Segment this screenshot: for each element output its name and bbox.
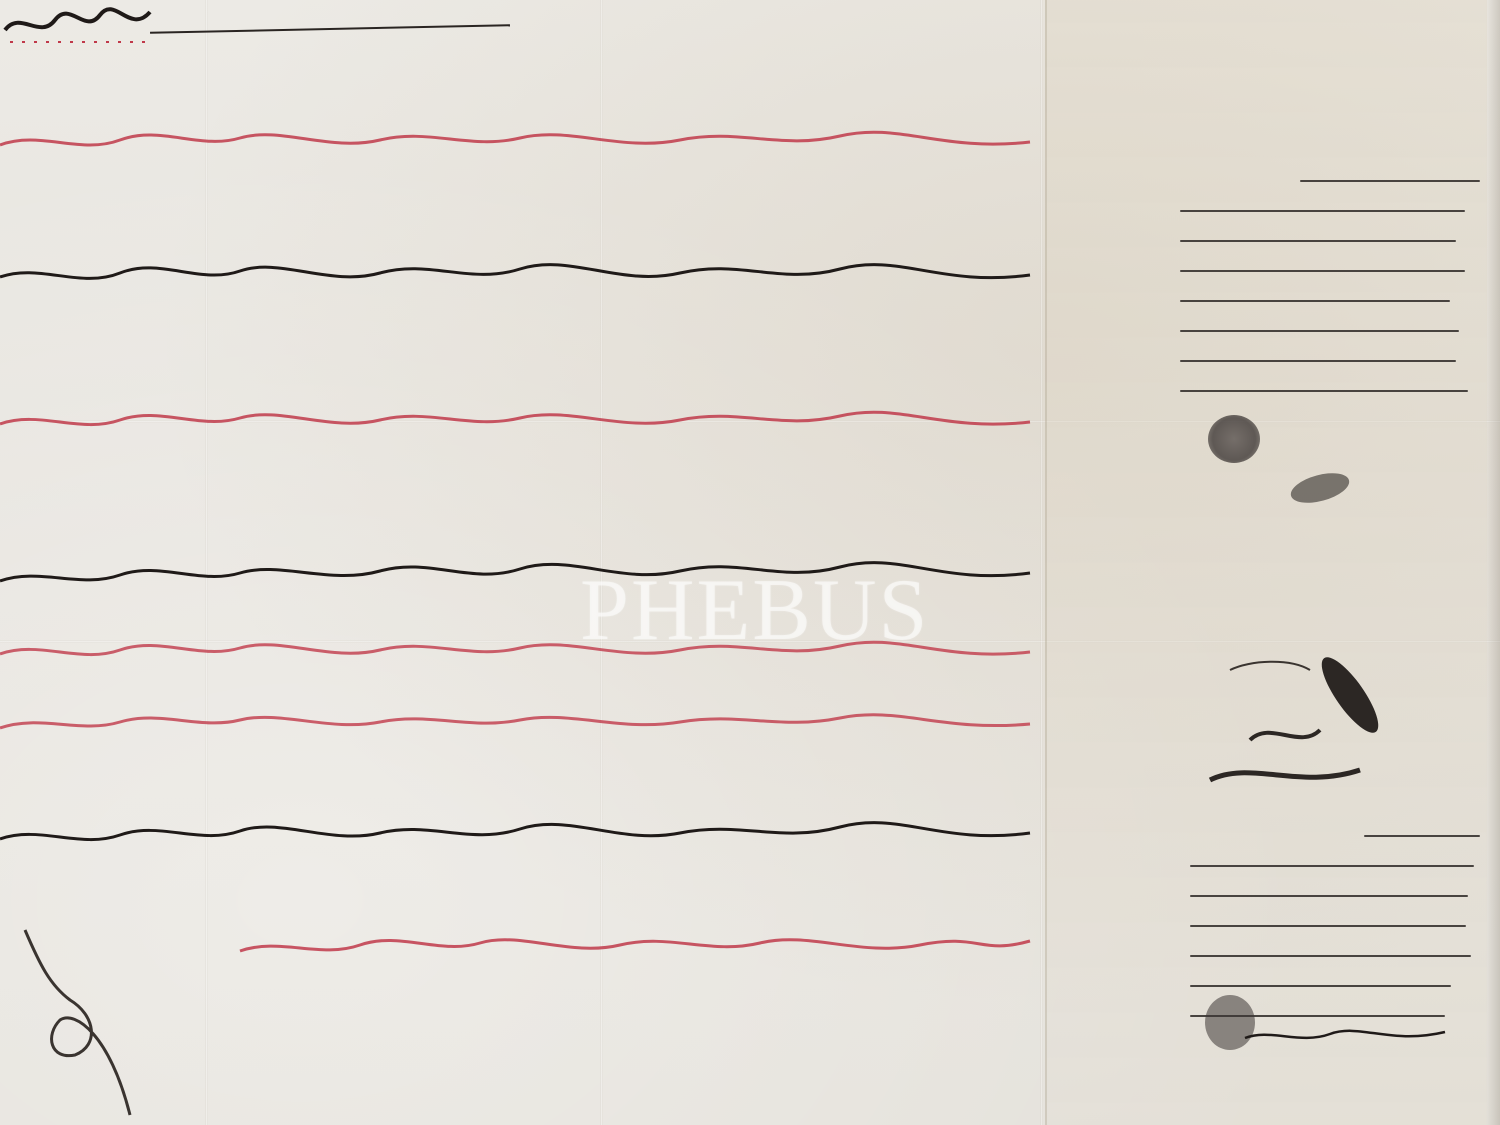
paper-edge	[1486, 0, 1500, 1125]
text-line-black	[0, 815, 1040, 855]
text-line-red	[0, 925, 1040, 965]
fold-line	[1040, 0, 1043, 1125]
watermark: PHEBUS	[580, 560, 929, 661]
manuscript-page: PHEBUS	[0, 0, 1500, 1125]
text-line-red	[0, 120, 1040, 160]
annotation-upper	[1180, 180, 1480, 420]
signature-seal	[1190, 640, 1430, 820]
header-calligraphy	[0, 0, 155, 48]
text-line-red	[0, 700, 1040, 740]
ruled-line	[150, 24, 510, 34]
text-line-red	[0, 400, 1040, 440]
date-line	[1240, 1020, 1450, 1050]
round-seal	[1208, 415, 1260, 463]
text-line-black	[0, 255, 1040, 295]
tughra-seal	[20, 925, 140, 1125]
